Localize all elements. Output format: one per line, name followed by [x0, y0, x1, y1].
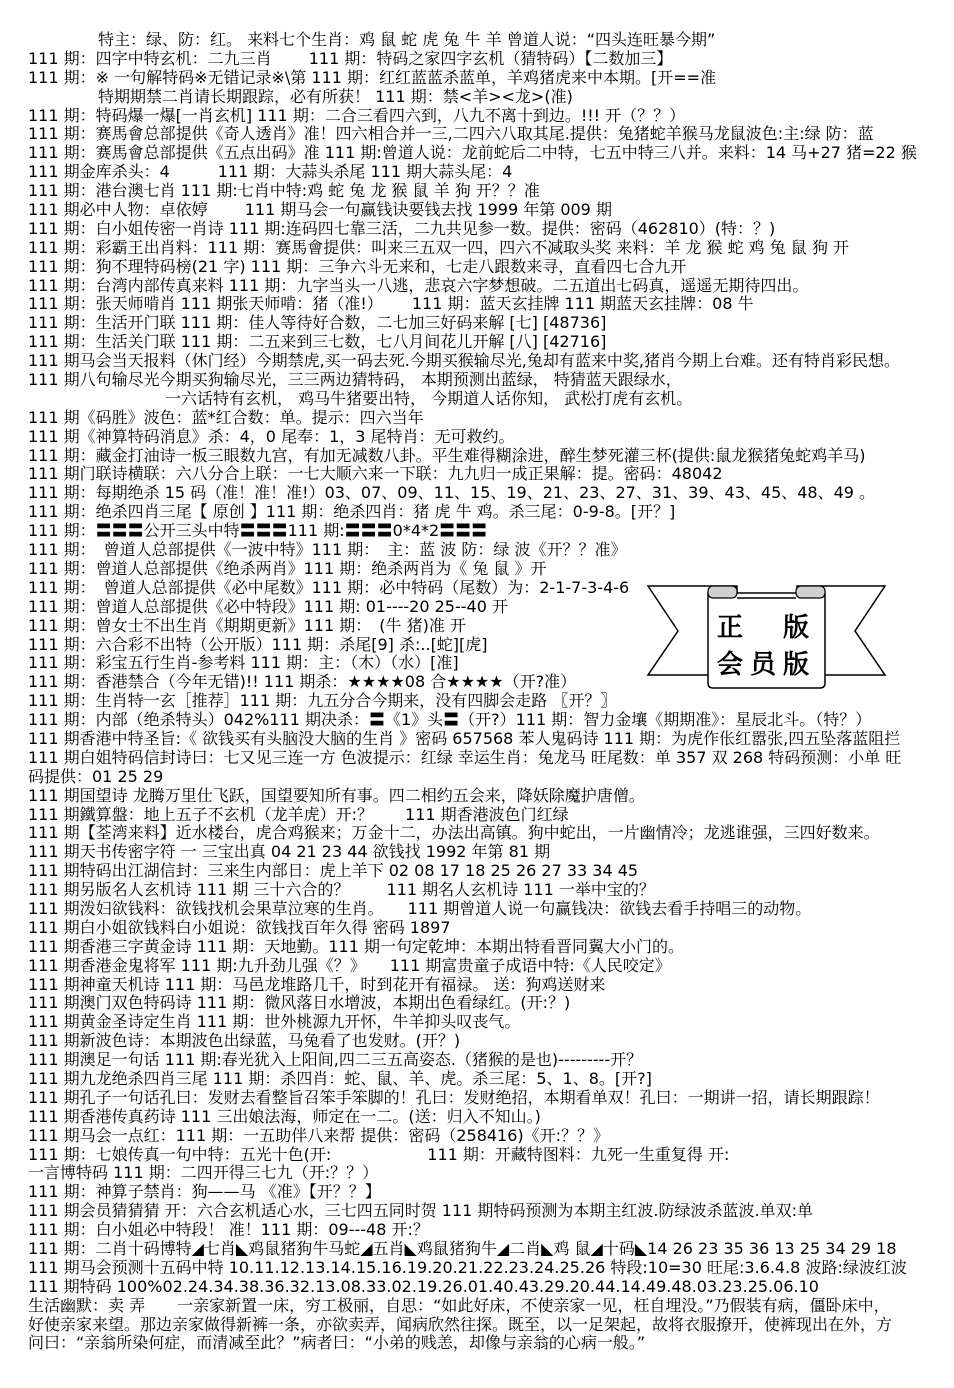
text-line: 111 期香港传真药诗 111 三出娘法海，师定在一二。(送：归入不知山。)	[28, 1108, 950, 1127]
text-line: 111 期：张天师啃肖 111 期张天师啃：猪（准!） 111 期：蓝天玄挂牌 …	[28, 295, 950, 314]
text-line: 111 期：白小姐必中特段！ 准！111 期：09---48 开:？	[28, 1221, 950, 1240]
text-line: 111 期：彩霸王出肖料：111 期：赛馬會提供：叫来三五双一四，四六不减取头奖…	[28, 239, 950, 258]
text-line: 111 期香港金鬼将军 111 期:九升劲儿强《？》 111 期富贵童子成语中特…	[28, 957, 950, 976]
text-line: 111 期【荃湾来料】近水楼台，虎合鸡猴来；万金十二，办法出高镇。狗中蛇出，一片…	[28, 824, 950, 843]
text-line: 111 期马会一点红：111 期：一五助伴八来帮 提供：密码（258416)《开…	[28, 1127, 950, 1146]
text-line: 111 期澳门双色特码诗 111 期：微风落日水增波，本期出色看绿红。(开:？)	[28, 994, 950, 1013]
text-line: 111 期香港三字黄金诗 111 期：天地勤。111 期一句定乾坤：本期出特看晋…	[28, 938, 950, 957]
text-line: 111 期：〓〓〓公开三头中特〓〓〓111 期:〓〓〓0*4*2〓〓〓	[28, 522, 950, 541]
text-line: 111 期澳足一句话 111 期:春光犹入上阳间,四二三五高姿态.（猪猴的是也)…	[28, 1051, 950, 1070]
text-line: 111 期白小姐欲钱料白小姐说：欲钱找百年久得 密码 1897	[28, 919, 950, 938]
text-line: 生活幽默：卖 弄 一亲家新置一床，穷工极丽，自思：“如此好床，不使亲家一见，枉自…	[28, 1297, 950, 1316]
text-line: 111 期：绝杀四肖三尾【 原创 】111 期：绝杀四肖：猪 虎 牛 鸡。杀三尾…	[28, 503, 950, 522]
text-line: 111 期新波色诗：本期波色出绿蓝，马兔看了也发财。(开？)	[28, 1032, 950, 1051]
document-page: 特主：绿、防：红。 来料七个生肖：鸡 鼠 蛇 虎 兔 牛 羊 曾道人说：“四头连…	[0, 0, 954, 1388]
text-line: 码提供：01 25 29	[28, 768, 950, 787]
banner-title-line2: 会员版	[717, 650, 816, 680]
text-line: 111 期泼妇欲钱料：欲钱找机会果草泣寒的生肖。 111 期曾道人说一句赢钱决：…	[28, 900, 950, 919]
banner-title-line1: 正 版	[717, 613, 816, 643]
text-line: 111 期会员猜猜猜 开：六合玄机适心水，三七四五同时贺 111 期特码预测为本…	[28, 1202, 950, 1221]
text-line: 111 期特码出江湖信封：三来生内部日：虎上羊下 02 08 17 18 25 …	[28, 862, 950, 881]
text-line: 一六话特有玄机， 鸡马牛猪要出特， 今期道人话你知， 武松打虎有玄机。	[28, 390, 950, 409]
text-line: 111 期金库杀头：4 111 期：大蒜头杀尾 111 期大蒜头尾：4	[28, 163, 950, 182]
text-line: 111 期：二肖十码博特◢七肖◣鸡鼠猪狗牛马蛇◢五肖◣鸡鼠猪狗牛◢二肖◣鸡 鼠◢…	[28, 1240, 950, 1259]
text-line: 111 期马会预测十五码中特 10.11.12.13.14.15.16.19.2…	[28, 1259, 950, 1278]
text-line: 111 期神童天机诗 111 期：马邑龙堆路几千，时到花开有福禄。 送：狗鸡送财…	[28, 976, 950, 995]
text-line: 111 期孔子一句话孔曰：发财去看整旨召笨手笨脚的！孔曰：发财绝招，本期看单双！…	[28, 1089, 950, 1108]
text-line: 111 期黄金圣诗定生肖 111 期：世外桃源九开怀，牛羊抑头叹丧气。	[28, 1013, 950, 1032]
left-scroll-curl	[708, 586, 737, 598]
text-line: 111 期：四字中特玄机：二九三肖 111 期：特码之家四字玄机（猜特码）【二数…	[28, 50, 950, 69]
text-line: 好使亲家来望。那边亲家做得新裤一条，亦欲卖弄，闻病欣然往探。既至，以一足架起，故…	[28, 1316, 950, 1335]
text-line: 111 期白姐特码信封诗曰：七又见三连一方 色波提示：红绿 幸运生肖：兔龙马 旺…	[28, 749, 950, 768]
text-line: 111 期：白小姐传密一肖诗 111 期:连码四七靠三活，二九共见参一数。提供：…	[28, 220, 950, 239]
text-line: 一言博特码 111 期：二四开得三七九（开:？？）	[28, 1164, 950, 1183]
text-line: 特期期禁二肖请长期跟踪，必有所获！ 111 期：禁<羊><龙>(准)	[28, 88, 950, 107]
text-line: 111 期门联诗横联：六八分合上联：一七大顺六来一下联：九九归一成正果解：提。密…	[28, 465, 950, 484]
text-line: 111 期：每期绝杀 15 码（准！准！准!）03、07、09、11、15、19…	[28, 484, 950, 503]
text-line: 111 期： 曾道人总部提供《一波中特》111 期： 主：蓝 波 防：绿 波《开…	[28, 541, 950, 560]
text-line: 111 期：台湾内部传真来料 111 期：九字当头一八逃，悲哀六字梦想破。二五道…	[28, 277, 950, 296]
text-line: 111 期天书传密字符 一 三宝出真 04 21 23 44 欲钱找 1992 …	[28, 843, 950, 862]
text-line: 111 期：赛馬會总部提供《奇人透肖》准！四六相合并一三,二四六八取其尾.提供：…	[28, 125, 950, 144]
text-line: 111 期：七娘传真一句中特：五光十色(开: 111 期：开藏特图料：九死一生重…	[28, 1146, 950, 1165]
text-line: 111 期：赛馬會总部提供《五点出码》准 111 期:曾道人说：龙前蛇后二中特，…	[28, 144, 950, 163]
text-line: 111 期：曾道人总部提供《绝杀两肖》111 期：绝杀两肖为《 兔 鼠 》开	[28, 560, 950, 579]
text-line: 111 期：生活开门联 111 期：佳人等待好合数，二七加三好码来解 [七] […	[28, 314, 950, 333]
text-line: 111 期《码胜》波色：蓝*红合数：单。提示：四六当年	[28, 409, 950, 428]
text-line: 111 期必中人物：卓依婷 111 期马会一句赢钱诀要钱去找 1999 年第 0…	[28, 201, 950, 220]
ribbon-scroll-icon: 正 版 会员版	[645, 583, 890, 693]
text-line: 111 期九龙绝杀四肖三尾 111 期：杀四肖：蛇、鼠、羊、虎。杀三尾：5、1、…	[28, 1070, 950, 1089]
text-line: 111 期《神算特码消息》杀：4，0 尾奉：1，3 尾特肖：无可救约。	[28, 428, 950, 447]
text-line: 111 期：神算子禁肖：狗——马 《准》【开？？】	[28, 1183, 950, 1202]
text-line: 111 期香港中特圣旨:《 欲钱买有头脑没大脑的生肖 》密码 657568 苯人…	[28, 730, 950, 749]
text-line: 111 期：※ 一句解特码※无错记录※\第 111 期：红红蓝蓝杀蓝单，羊鸡猪虎…	[28, 69, 950, 88]
text-line: 111 期：内部（绝杀特头）042%111 期决杀：〓《1》头〓（开?）111 …	[28, 711, 950, 730]
text-line: 111 期八句输尽光今期买狗输尽光，三三两边猜特码， 本期预测出蓝绿， 特猜蓝天…	[28, 371, 950, 390]
text-line: 111 期：生活关门联 111 期：二五来到三七数，七八月间花儿开解 [八] […	[28, 333, 950, 352]
right-scroll-curl	[796, 586, 825, 598]
text-line: 特主：绿、防：红。 来料七个生肖：鸡 鼠 蛇 虎 兔 牛 羊 曾道人说：“四头连…	[28, 31, 950, 50]
text-line: 111 期：特码爆一爆[一肖玄机] 111 期：二合三看四六到，八九不离十到边。…	[28, 107, 950, 126]
text-line: 111 期国望诗 龙腾万里仕飞跃，国望要知所有事。四二相约五会来，降妖除魔护唐僧…	[28, 787, 950, 806]
text-line: 111 期：藏金打油诗一板三眼数九宫，有加无减数八卦。平生难得糊涂进，醉生梦死灌…	[28, 447, 950, 466]
text-line: 111 期：狗不理特码榜(21 字) 111 期：三争六斗无来和，七走八跟数来寻…	[28, 258, 950, 277]
text-line: 111 期鐵算盤：地上五子不玄机（龙羊虎）开:？ 111 期香港波色门红绿	[28, 806, 950, 825]
text-line: 问曰：“亲翁所染何症，而清减至此？”病者曰：“小弟的贱恙，却像与亲翁的心病一般。…	[28, 1334, 950, 1353]
official-member-edition-banner: 正 版 会员版	[645, 583, 890, 693]
text-line: 111 期：港台澳七肖 111 期:七肖中特:鸡 蛇 兔 龙 猴 鼠 羊 狗 开…	[28, 182, 950, 201]
text-line: 111 期：生肖特一玄［推荐］111 期：九五分合今期来，没有四脚会走路 〖开？…	[28, 692, 950, 711]
text-line: 111 期另版名人玄机诗 111 期 三十六合的？ 111 期名人玄机诗 111…	[28, 881, 950, 900]
text-line: 111 期马会当天报料（休门经）今期禁虎,买一码去死.今期买猴输尽光,兔却有蓝来…	[28, 352, 950, 371]
text-line: 111 期特码 100%02.24.34.38.36.32.13.08.33.0…	[28, 1278, 950, 1297]
